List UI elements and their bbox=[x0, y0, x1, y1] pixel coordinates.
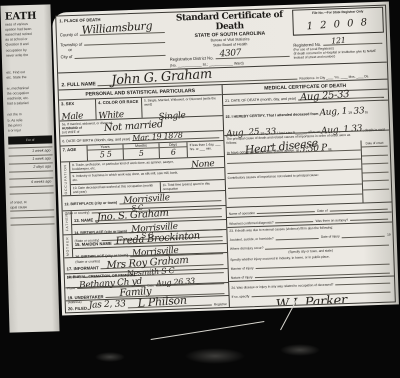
place-of-death-block: 1. PLACE OF DEATH County of Williamsburg… bbox=[56, 13, 170, 73]
filed-date-value: Jas 2, bbox=[89, 299, 113, 311]
injury-date-label: Date of injury bbox=[321, 235, 340, 240]
color-race-field: 4. COLOR OR RACE White bbox=[95, 98, 142, 120]
to-word: to bbox=[365, 110, 368, 114]
operation-blank bbox=[257, 207, 315, 215]
film-scratch bbox=[151, 321, 265, 340]
nature-label: Nature of injury bbox=[231, 275, 253, 280]
city-label: City of bbox=[60, 54, 72, 60]
age-label: 7. AGE bbox=[61, 146, 87, 162]
father-name-label: 13. NAME bbox=[74, 217, 93, 223]
principal-cause-block: The principal cause of death and related… bbox=[224, 130, 391, 208]
age-months-value: 5 bbox=[139, 149, 144, 158]
occupation-group: OCCUPATION 8. Trade, profession, or part… bbox=[61, 156, 225, 195]
strip-box-note: For of bbox=[26, 138, 34, 142]
physician-address-value: Hemingway, S. C. bbox=[270, 306, 363, 307]
registrar-label: Registrar bbox=[214, 302, 227, 307]
onset-cell bbox=[363, 189, 389, 197]
registered-no-value: 121 bbox=[331, 36, 346, 46]
sex-label: 3. SEX bbox=[61, 100, 93, 106]
attended-from-value: Aug, 1 bbox=[319, 102, 348, 122]
file-number-block: File No.—For State Registrar Only 1 2 0 … bbox=[290, 6, 387, 65]
strip-rule bbox=[11, 223, 55, 231]
certificate-form: 1. PLACE OF DEATH County of Williamsburg… bbox=[55, 5, 396, 314]
form-columns: PERSONAL AND STATISTICAL PARTICULARS 3. … bbox=[59, 79, 395, 313]
md-label: M. D. bbox=[385, 302, 393, 306]
filed-label: 20. FILED bbox=[68, 305, 87, 311]
certificate-page: 1. PLACE OF DEATH County of Williamsburg… bbox=[52, 1, 399, 315]
autopsy-blank bbox=[350, 214, 388, 221]
year-prefix: 19 bbox=[348, 111, 352, 115]
full-name-label: 2. FULL NAME bbox=[61, 81, 96, 88]
accident-blank bbox=[275, 233, 319, 240]
attended-from-year: 33 bbox=[352, 102, 364, 121]
age-days-field: Days 6 bbox=[158, 142, 186, 158]
district-label: Registration District No. bbox=[170, 55, 214, 62]
certify-label: 22. I HEREBY CERTIFY, That I attended de… bbox=[226, 112, 319, 119]
age-months-field: Months 5 bbox=[122, 143, 158, 159]
signed-row: (Signed) W L Parker M. D. bbox=[230, 294, 395, 307]
strip-text-line: s or injur bbox=[8, 127, 52, 133]
file-number-value: 1 2 0 0 8 bbox=[307, 17, 370, 32]
occupation-related-blank bbox=[335, 278, 390, 286]
test-blank bbox=[275, 217, 313, 224]
age-years-value: 5 5 bbox=[99, 150, 111, 160]
district-value: 4307 bbox=[219, 48, 241, 59]
newspaper-strip: EATH ness of various upation had been ea… bbox=[0, 4, 59, 332]
manner-label: Manner of injury bbox=[231, 266, 254, 271]
age-years-field: Years 5 5 bbox=[86, 144, 122, 160]
title-block: Standard Certificate of Death STATE OF S… bbox=[168, 9, 292, 69]
sex-field: 3. SEX Male bbox=[59, 99, 96, 120]
strip-black-box: For of bbox=[8, 135, 52, 144]
file-number-label: File No.—For State Registrar Only bbox=[295, 9, 380, 16]
film-smudge bbox=[95, 352, 125, 362]
date-of-onset-column: Date of onset bbox=[360, 140, 389, 203]
county-label: County of bbox=[60, 32, 78, 38]
operation-date-label: Date of bbox=[317, 209, 327, 213]
personal-particulars-column: PERSONAL AND STATISTICAL PARTICULARS 3. … bbox=[59, 85, 230, 312]
medical-certificate-column: MEDICAL CERTIFCATE OF DEATH 21. DATE OF … bbox=[223, 80, 395, 307]
film-smudge bbox=[280, 344, 320, 356]
marital-status-field: 5. Single, Married, Widowed, or Divorced… bbox=[141, 95, 223, 118]
age-days-value: 6 bbox=[171, 148, 176, 157]
operation-date-blank bbox=[329, 204, 387, 212]
age-hours-note: If less than 1 day, ___ hrs. or ___ min. bbox=[186, 141, 223, 157]
injury-year-label: 19 bbox=[387, 233, 391, 237]
filed-year-value: 33 bbox=[115, 299, 127, 310]
marital-status-label: 5. Single, Married, Widowed, or Divorced… bbox=[144, 96, 220, 107]
registrar-note-2: (If death occurred in a Hospital or Inst… bbox=[294, 49, 385, 60]
file-number-box: File No.—For State Registrar Only 1 2 0 … bbox=[292, 7, 384, 36]
registrar-signature: L Philson bbox=[138, 294, 188, 310]
color-race-label: 4. COLOR OR RACE bbox=[98, 99, 139, 106]
injury-date-blank bbox=[342, 230, 386, 237]
film-smudge bbox=[185, 348, 245, 364]
